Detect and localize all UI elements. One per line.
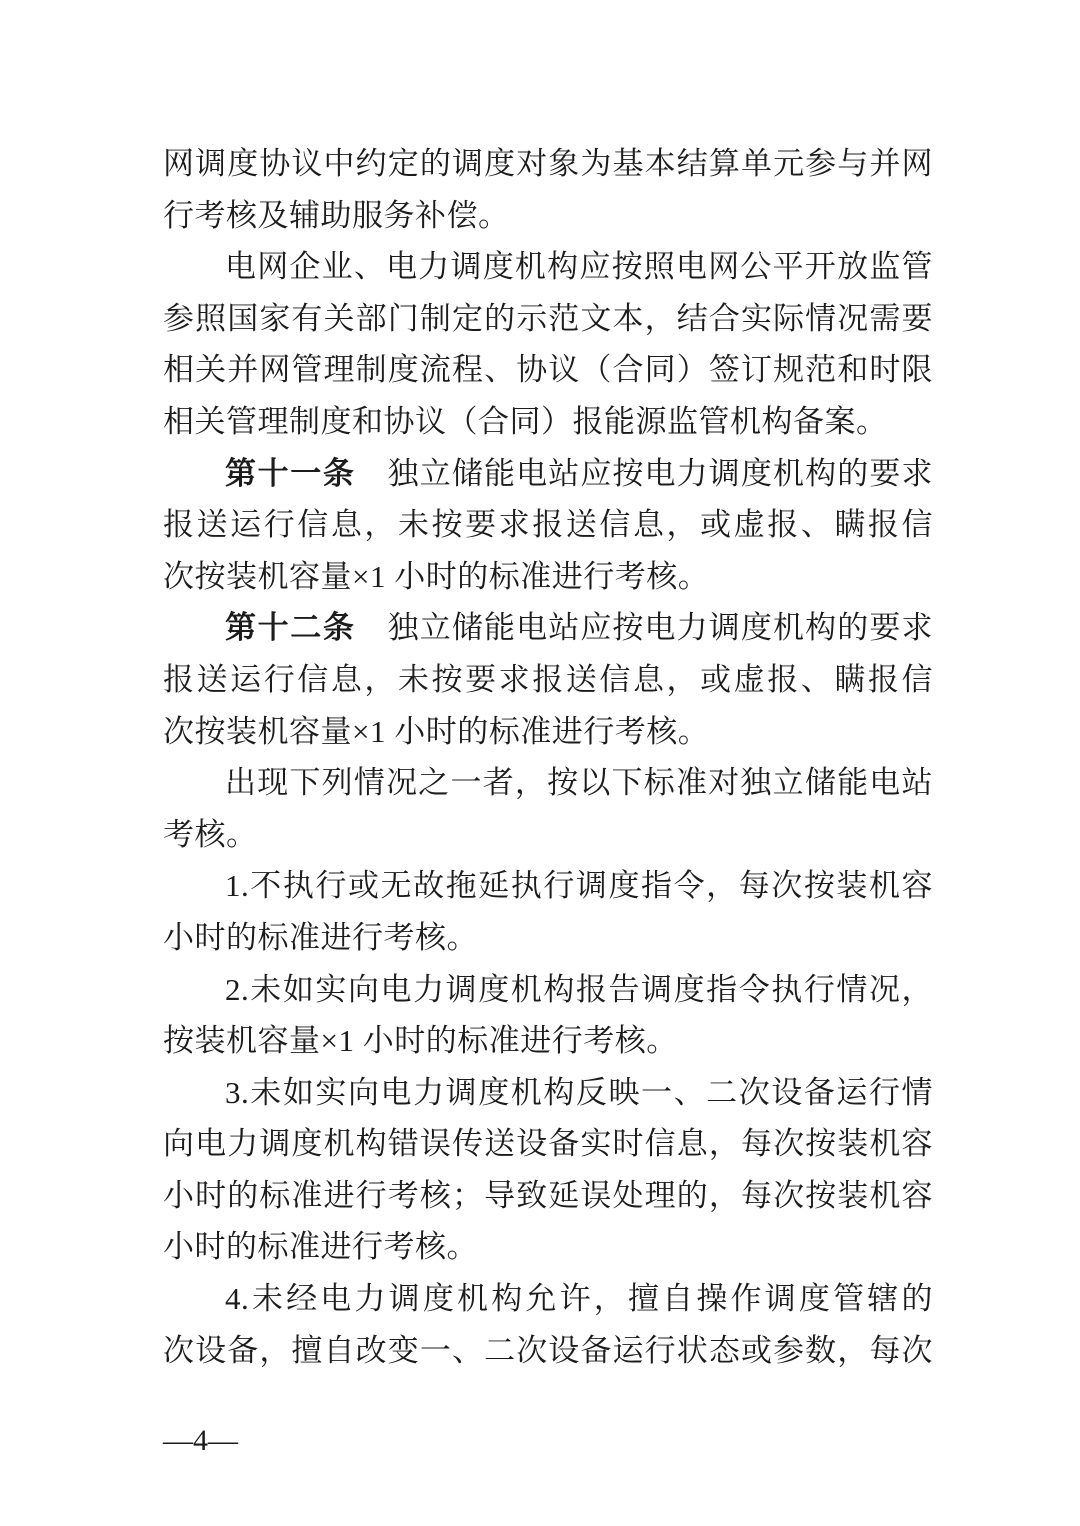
text-line: 报送运行信息，未按要求报送信息，或虚报、瞒报信息，每 <box>163 499 933 551</box>
text-line: 第十一条 独立储能电站应按电力调度机构的要求及时 <box>163 448 933 500</box>
text-line: 3.未如实向电力调度机构反映一、二次设备运行情况或 <box>163 1067 933 1119</box>
text-line: 相关并网管理制度流程、协议（合同）签订规范和时限要求， <box>163 344 933 396</box>
text-line: 次按装机容量×1 小时的标准进行考核。 <box>163 706 933 758</box>
text-segment: 向电力调度机构错误传送设备实时信息，每次按装机容量×1 <box>163 1126 933 1170</box>
text-line: 考核。 <box>163 809 933 861</box>
text-segment: 4.未经电力调度机构允许，擅自操作调度管辖的一、二 <box>163 1281 933 1325</box>
text-line: 次按装机容量×1 小时的标准进行考核。 <box>163 551 933 603</box>
text-segment: 出现下列情况之一者，按以下标准对独立储能电站进行 <box>163 765 933 809</box>
text-line: 网调度协议中约定的调度对象为基本结算单元参与并网运 <box>163 138 933 190</box>
text-segment: 行考核及辅助服务补偿。 <box>163 198 510 233</box>
article-heading: 第十二条 <box>225 610 355 645</box>
text-line: 报送运行信息，未按要求报送信息，或虚报、瞒报信息，每 <box>163 654 933 706</box>
text-segment: 网调度协议中约定的调度对象为基本结算单元参与并网运 <box>163 146 933 190</box>
text-line: 相关管理制度和协议（合同）报能源监管机构备案。 <box>163 396 933 448</box>
text-segment: 3.未如实向电力调度机构反映一、二次设备运行情况或 <box>163 1075 933 1119</box>
text-segment: 报送运行信息，未按要求报送信息，或虚报、瞒报信息，每 <box>163 662 933 706</box>
text-segment: 相关管理制度和协议（合同）报能源监管机构备案。 <box>163 404 888 439</box>
text-line: 小时的标准进行考核。 <box>163 912 933 964</box>
text-segment: 1.不执行或无故拖延执行调度指令，每次按装机容量×1 <box>163 868 933 912</box>
text-line: 行考核及辅助服务补偿。 <box>163 190 933 242</box>
article-heading: 第十一条 <box>225 456 355 491</box>
text-line: 4.未经电力调度机构允许，擅自操作调度管辖的一、二 <box>163 1273 933 1325</box>
text-segment: 考核。 <box>163 817 258 852</box>
text-line: 1.不执行或无故拖延执行调度指令，每次按装机容量×1 <box>163 860 933 912</box>
text-segment: 报送运行信息，未按要求报送信息，或虚报、瞒报信息，每 <box>163 507 933 551</box>
text-line: 出现下列情况之一者，按以下标准对独立储能电站进行 <box>163 757 933 809</box>
text-segment: 电网企业、电力调度机构应按照电网公平开放监管要求， <box>163 249 933 293</box>
text-line: 按装机容量×1 小时的标准进行考核。 <box>163 1015 933 1067</box>
text-segment: 次按装机容量×1 小时的标准进行考核。 <box>163 714 709 749</box>
text-segment: 参照国家有关部门制定的示范文本，结合实际情况需要明确 <box>163 301 933 345</box>
page-number: —4— <box>163 1420 238 1462</box>
text-line: 2.未如实向电力调度机构报告调度指令执行情况，每次 <box>163 964 933 1016</box>
text-segment: 小时的标准进行考核；导致延误处理的，每次按装机容量×2 <box>163 1178 933 1222</box>
text-line: 第十二条 独立储能电站应按电力调度机构的要求及时 <box>163 602 933 654</box>
text-segment: 次按装机容量×1 小时的标准进行考核。 <box>163 559 709 594</box>
document-page: 网调度协议中约定的调度对象为基本结算单元参与并网运行考核及辅助服务补偿。电网企业… <box>0 0 1080 1526</box>
text-line: 小时的标准进行考核；导致延误处理的，每次按装机容量×2 <box>163 1170 933 1222</box>
text-line: 电网企业、电力调度机构应按照电网公平开放监管要求， <box>163 241 933 293</box>
text-segment: 相关并网管理制度流程、协议（合同）签订规范和时限要求， <box>163 352 933 396</box>
text-line: 参照国家有关部门制定的示范文本，结合实际情况需要明确 <box>163 293 933 345</box>
text-segment: 次设备，擅自改变一、二次设备运行状态或参数，每次按装 <box>163 1333 933 1377</box>
text-line: 小时的标准进行考核。 <box>163 1221 933 1273</box>
text-segment: 小时的标准进行考核。 <box>163 920 478 955</box>
text-line: 次设备，擅自改变一、二次设备运行状态或参数，每次按装 <box>163 1325 933 1377</box>
text-segment: 小时的标准进行考核。 <box>163 1229 478 1264</box>
text-segment: 2.未如实向电力调度机构报告调度指令执行情况，每次 <box>163 972 933 1016</box>
text-line: 向电力调度机构错误传送设备实时信息，每次按装机容量×1 <box>163 1118 933 1170</box>
document-body: 网调度协议中约定的调度对象为基本结算单元参与并网运行考核及辅助服务补偿。电网企业… <box>163 138 933 1376</box>
text-segment: 按装机容量×1 小时的标准进行考核。 <box>163 1023 678 1058</box>
